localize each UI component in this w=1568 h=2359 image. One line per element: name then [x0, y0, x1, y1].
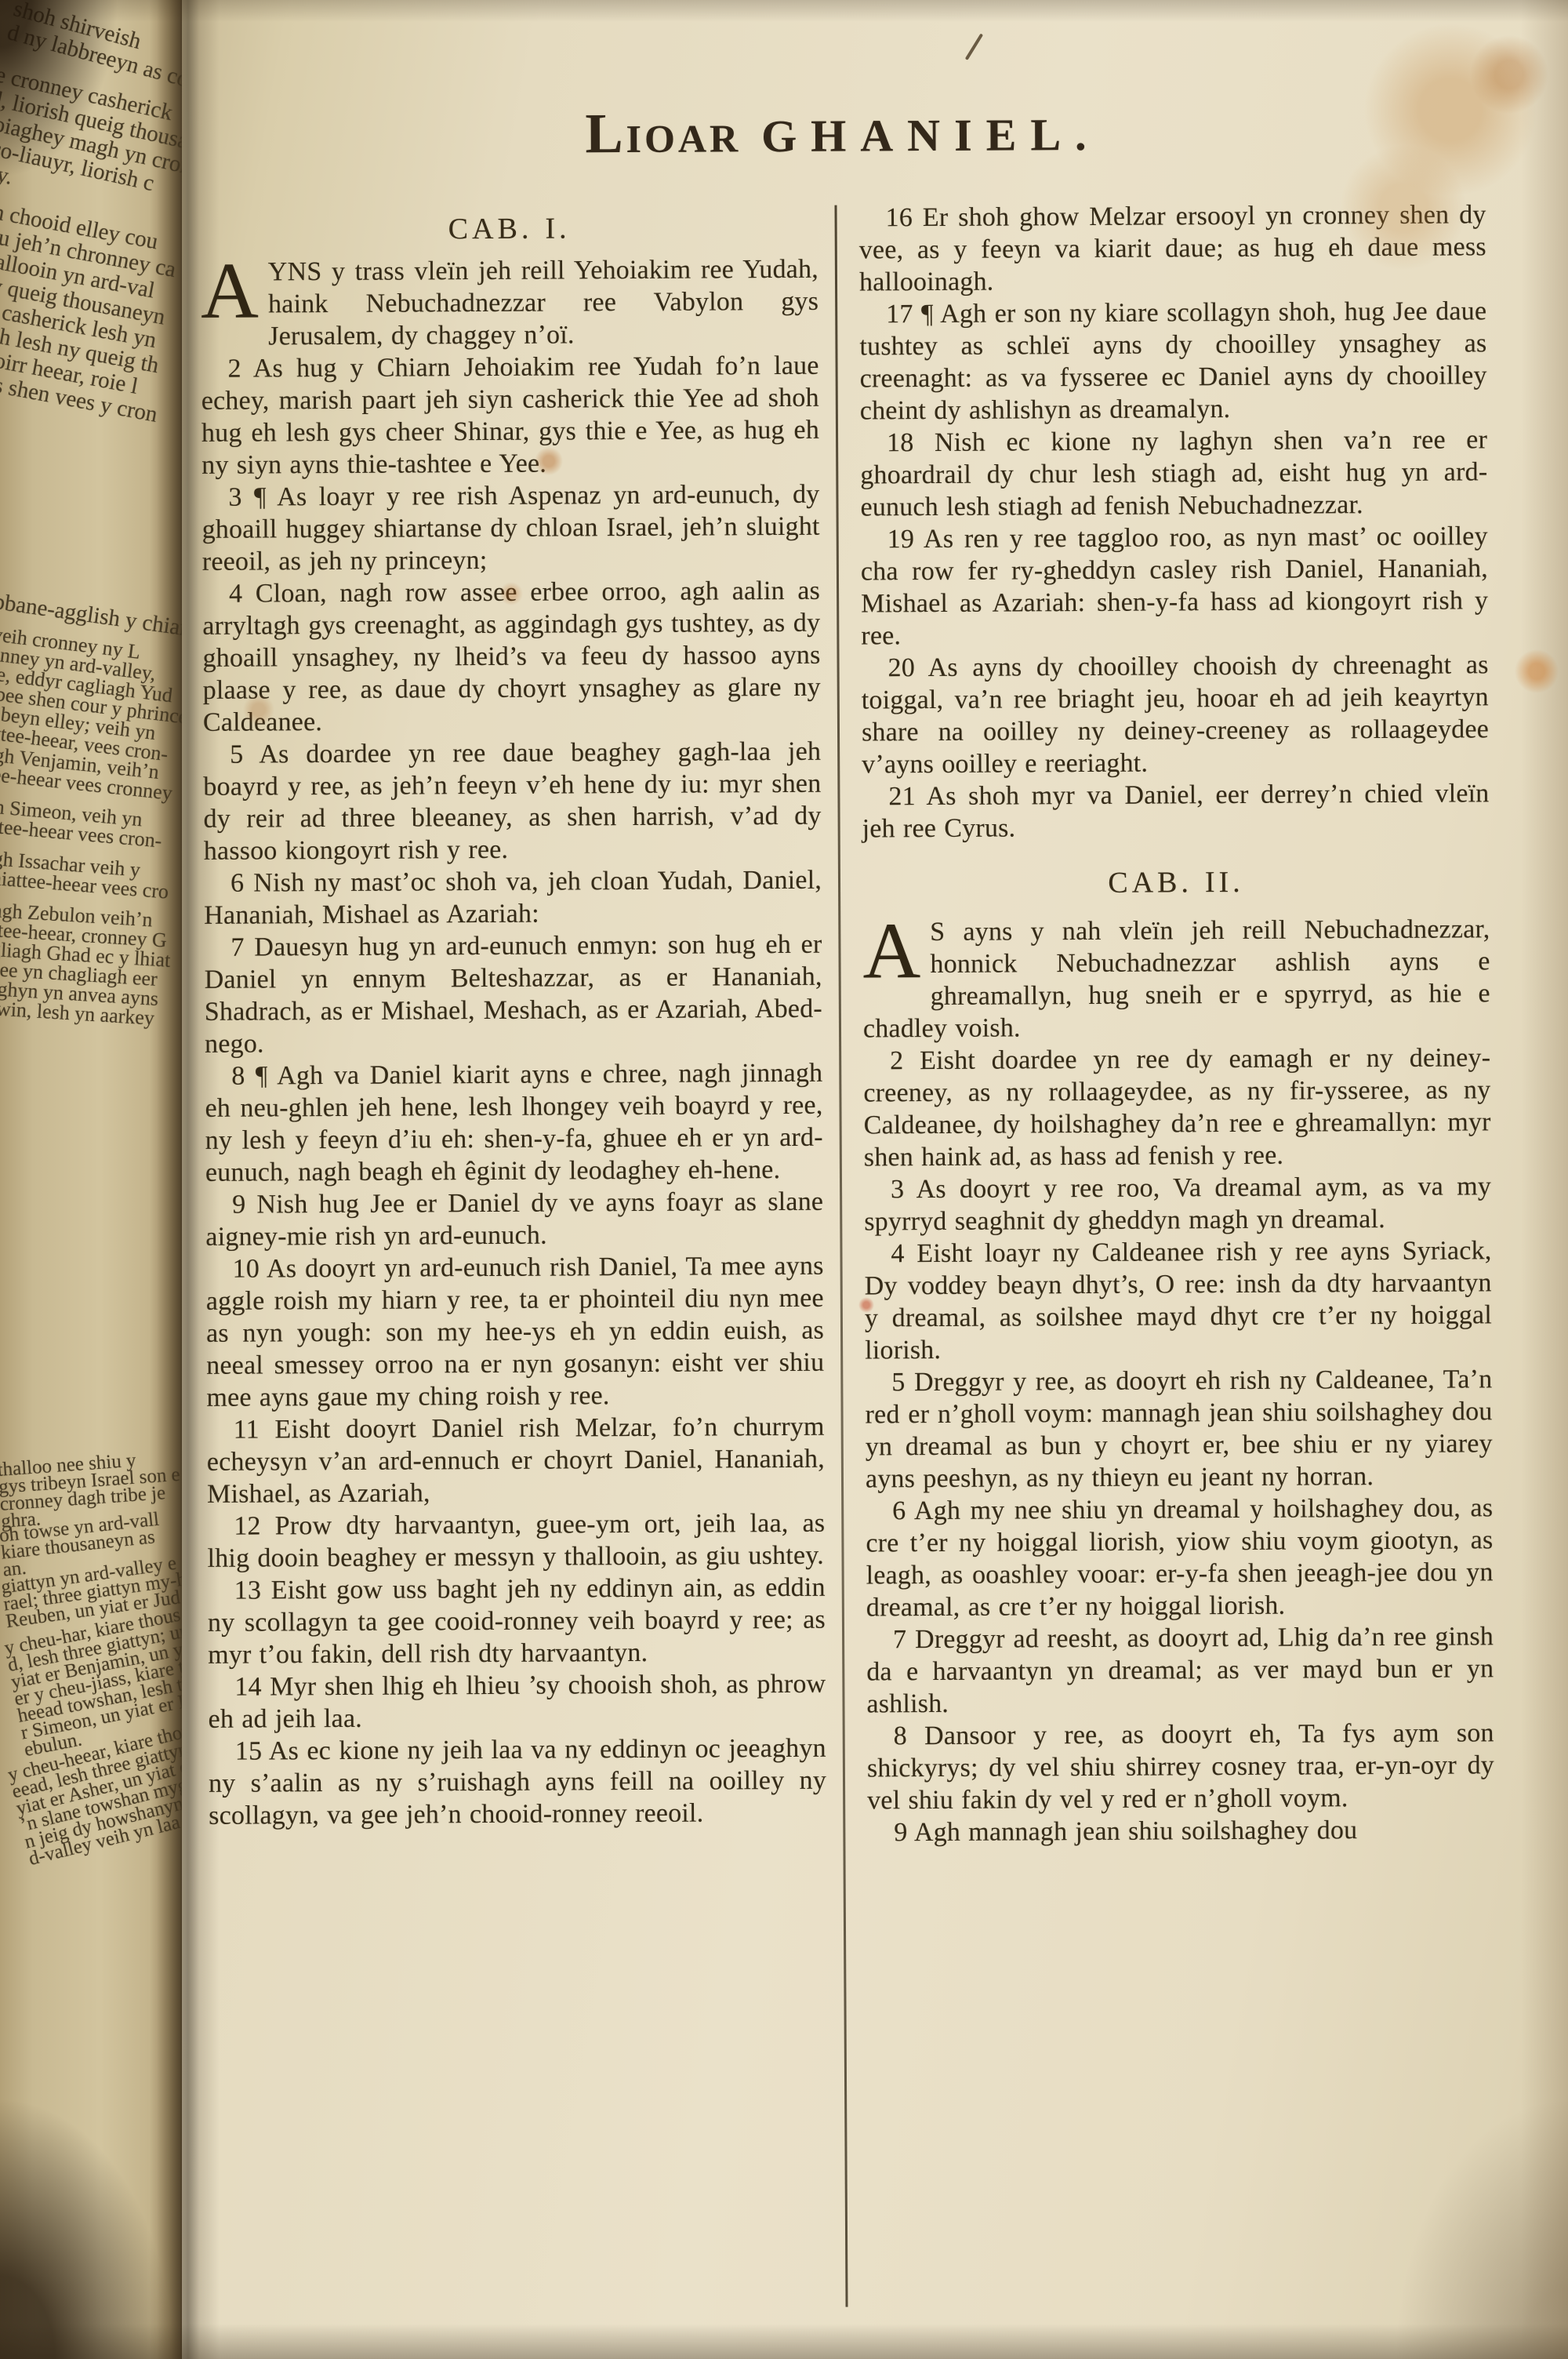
verse-4: 4 Cloan, nagh row assee erbee orroo, agh… [202, 575, 821, 739]
chapter-1-continued-verses: 16 Er shoh ghow Melzar ersooyl yn cronne… [858, 198, 1489, 845]
verse-6: 6 Agh my nee shiu yn dreamal y hoilshagh… [866, 1492, 1494, 1623]
page-title: LioarGhaniel. [435, 98, 1250, 167]
verse-20: 20 As ayns dy chooilley chooish dy chree… [861, 649, 1489, 780]
verse-4: 4 Eisht loayr ny Caldeanee rish y ree ay… [864, 1234, 1492, 1366]
verse-2: 2 As hug y Chiarn Jehoiakim ree Yudah fo… [201, 350, 819, 482]
verse-3: 3 ¶ As loayr y ree rish Aspenaz yn ard-e… [201, 478, 820, 578]
verse-8: 8 Dansoor y ree, as dooyrt eh, Ta fys ay… [867, 1717, 1495, 1816]
chapter-1-heading: CAB. I. [201, 212, 818, 247]
verse-13: 13 Eisht gow uss baght jeh ny eddinyn ai… [208, 1572, 826, 1671]
verse-19: 19 As ren y ree taggloo roo, as nyn mast… [861, 520, 1489, 652]
verse-1: AS ayns y nah vleïn jeh reill Nebuchadne… [862, 913, 1490, 1045]
page-title-word-lioar: Lioar [585, 101, 741, 165]
column-right: 16 Er shoh ghow Melzar ersooyl yn cronne… [858, 198, 1494, 1848]
page-title-word-ghaniel: Ghaniel. [761, 109, 1101, 162]
verse-5: 5 As doardee yn ree daue beaghey gagh-la… [203, 736, 822, 867]
verse-3: 3 As dooyrt y ree roo, Va dreamal aym, a… [864, 1170, 1491, 1238]
verse-6: 6 Nish ny mast’oc shoh va, jeh cloan Yud… [204, 864, 822, 932]
drop-cap: A [201, 256, 268, 322]
verse-21: 21 As shoh myr va Daniel, eer derrey’n c… [862, 777, 1489, 845]
verse-7: 7 Dreggyr ad reesht, as dooyrt ad, Lhig … [866, 1620, 1494, 1720]
verse-16: 16 Er shoh ghow Melzar ersooyl yn cronne… [858, 198, 1486, 298]
verse-1: AYNS y trass vleïn jeh reill Yehoiakim r… [201, 253, 819, 353]
verse-8: 8 ¶ Agh va Daniel kiarit ayns e chree, n… [205, 1057, 823, 1189]
verse-7: 7 Dauesyn hug yn ard-eunuch enmyn: son h… [204, 929, 822, 1060]
verse-18: 18 Nish ec kione ny laghyn shen va’n ree… [860, 423, 1488, 523]
drop-cap: A [862, 916, 930, 982]
chapter-2-verses: AS ayns y nah vleïn jeh reill Nebuchadne… [862, 913, 1494, 1848]
ink-mark [965, 33, 983, 60]
column-left: CAB. I. AYNS y trass vleïn jeh reill Yeh… [201, 212, 827, 1832]
verse-14: 14 Myr shen lhig eh lhieu ’sy chooish sh… [208, 1668, 826, 1736]
printed-sheet: LioarGhaniel. CAB. I. AYNS y trass vleïn… [0, 0, 1568, 2359]
verse-12: 12 Prow dty harvaantyn, guee-ym ort, jei… [207, 1507, 825, 1575]
book-page-photo: shoh shirveishd ny labbreeyn as coe cron… [0, 0, 1568, 2359]
verse-17: 17 ¶ Agh er son ny kiare scollagyn shoh,… [859, 295, 1487, 427]
verse-10: 10 As dooyrt yn ard-eunuch rish Daniel, … [205, 1250, 824, 1414]
verse-11: 11 Eisht dooyrt Daniel rish Melzar, fo’n… [207, 1411, 826, 1510]
verse-15: 15 As ec kione ny jeih laa va ny eddinyn… [209, 1732, 827, 1832]
verse-2: 2 Eisht doardee yn ree dy eamagh er ny d… [863, 1041, 1491, 1173]
chapter-1-verses: AYNS y trass vleïn jeh reill Yehoiakim r… [201, 253, 827, 1832]
verse-5: 5 Dreggyr y ree, as dooyrt eh rish ny Ca… [865, 1363, 1493, 1495]
chapter-2-heading: CAB. II. [862, 865, 1490, 900]
column-divider-rule [834, 205, 848, 2307]
verse-9: 9 Agh mannagh jean shiu soilshaghey dou [867, 1813, 1494, 1848]
verse-9: 9 Nish hug Jee er Daniel dy ve ayns foay… [205, 1186, 823, 1253]
